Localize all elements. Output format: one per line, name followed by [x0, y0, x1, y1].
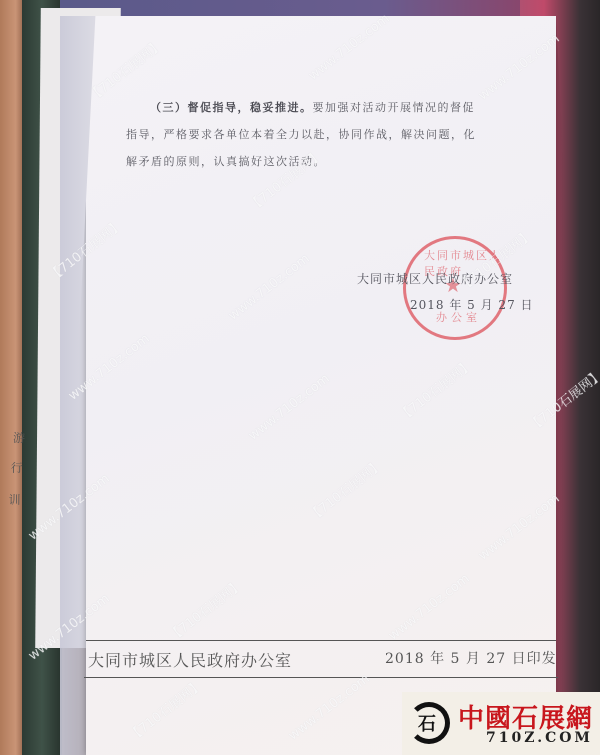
- logo-url: 710Z.COM: [486, 730, 593, 746]
- footer-issue-date: 2018 年 5 月 27 日印发: [385, 648, 557, 668]
- back-sheet-text: 训: [8, 490, 20, 510]
- signature-organization: 大同市城区人民政府办公室: [357, 270, 513, 287]
- section-heading: （三）督促指导，稳妥推进。: [150, 101, 313, 114]
- footer-organization: 大同市城区人民政府办公室: [88, 648, 292, 671]
- footer-top-rule: [86, 640, 556, 641]
- logo-stone-icon: 石: [418, 710, 436, 736]
- back-sheet-text: 游: [13, 428, 25, 448]
- signature-date: 2018 年 5 月 27 日: [410, 296, 534, 313]
- footer-bottom-rule: [84, 677, 558, 678]
- back-sheet-text: 行: [11, 458, 23, 478]
- body-paragraph: （三）督促指导，稳妥推进。要加强对活动开展情况的督促 指导，严格要求各单位本着全…: [150, 94, 550, 175]
- site-logo[interactable]: 石 中國石展網 710Z.COM: [402, 692, 600, 755]
- official-seal: 大同市城区人民政府 ★ 办公室: [403, 236, 507, 340]
- paragraph-line-2: 指导，严格要求各单位本着全力以赴，协同作战，解决问题，化: [126, 121, 550, 148]
- paragraph-line-1: 要加强对活动开展情况的督促: [313, 101, 476, 114]
- paragraph-line-3: 解矛盾的原则，认真搞好这次活动。: [126, 148, 550, 175]
